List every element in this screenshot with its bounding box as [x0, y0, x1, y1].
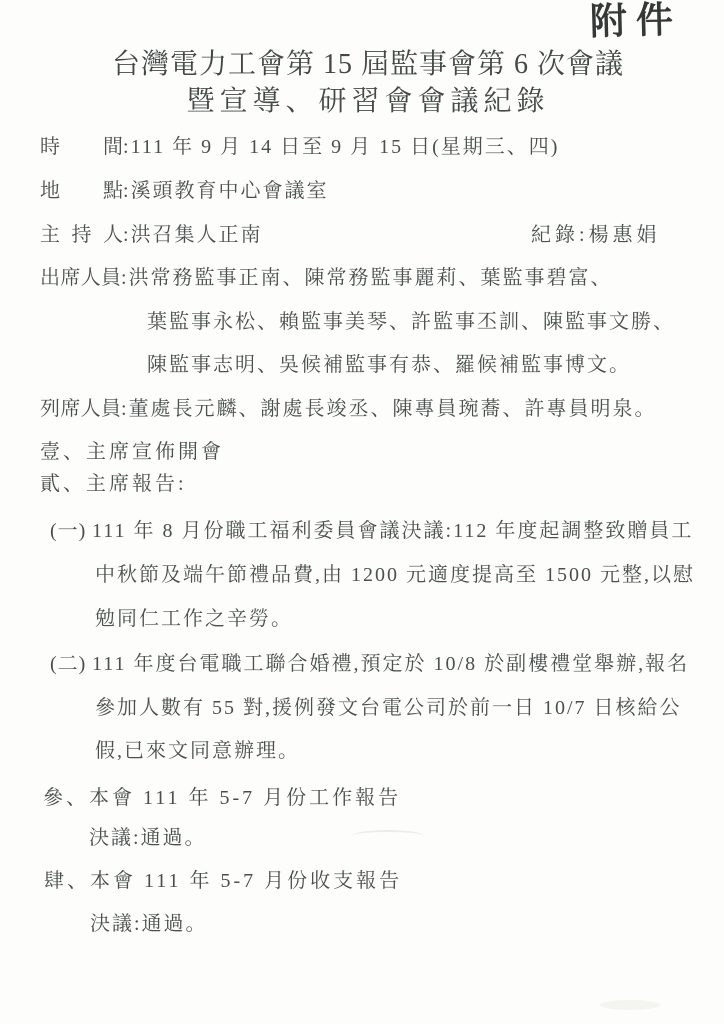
time-label: 時間	[40, 132, 123, 162]
recorder-value: 楊惠娟	[589, 224, 661, 246]
meta-place-row: 地點:溪頭教育中心會議室	[40, 176, 329, 206]
scan-smudge	[600, 1000, 660, 1010]
meta-recorder: 紀錄:楊惠娟	[531, 220, 661, 250]
report-item-2-marker: (二)	[50, 649, 86, 679]
chair-label: 主持人	[40, 220, 123, 250]
attendees-line-1: 洪常務監事正南、陳常務監事麗莉、葉監事碧富、	[129, 263, 613, 293]
attendees-label: 出席人員	[40, 263, 121, 293]
recorder-colon: :	[579, 224, 589, 246]
report-item-2-line-2: 參加人數有 55 對,援例發文台電公司於前一日 10/7 日核給公	[95, 693, 682, 723]
report-item-1-line-3: 勉同仁工作之辛勞。	[95, 604, 293, 634]
section-2-heading: 貳、主席報告:	[40, 469, 187, 499]
place-label: 地點	[40, 176, 123, 206]
attachment-annotation: 附件	[589, 0, 682, 45]
section-3-heading: 參、本會 111 年 5-7 月份工作報告	[43, 783, 401, 813]
attendees-colon: :	[121, 263, 129, 293]
resolution-1: 決議:通過。	[89, 823, 207, 853]
attendees-line-2: 葉監事永松、賴監事美琴、許監事丕訓、陳監事文勝、	[147, 307, 675, 337]
meta-chair-row: 主持人:洪召集人正南	[40, 220, 263, 250]
document-subtitle: 暨宣導、研習會會議紀錄	[6, 85, 724, 119]
time-colon: :	[123, 132, 131, 162]
observers-row: 列席人員:董處長元麟、謝處長竣丞、陳專員琬蕎、許專員明泉。	[40, 394, 657, 424]
scan-artifact	[352, 830, 424, 842]
section-4-heading: 肆、本會 111 年 5-7 月份收支報告	[44, 866, 402, 896]
report-item-1-line-2: 中秋節及端午節禮品費,由 1200 元適度提高至 1500 元整,以慰	[95, 560, 695, 590]
chair-colon: :	[123, 220, 131, 250]
observers-value: 董處長元麟、謝處長竣丞、陳專員琬蕎、許專員明泉。	[129, 394, 657, 424]
time-value: 111 年 9 月 14 日至 9 月 15 日(星期三、四)	[131, 132, 560, 162]
chair-value: 洪召集人正南	[131, 220, 263, 250]
report-item-1-marker: (一)	[50, 516, 86, 546]
place-colon: :	[123, 176, 131, 206]
section-1-heading: 壹、主席宣佈開會	[40, 437, 224, 467]
report-item-1-text: 111 年 8 月份職工福利委員會議決議:112 年度起調整致贈員工	[92, 520, 693, 542]
meta-time-row: 時間:111 年 9 月 14 日至 9 月 15 日(星期三、四)	[40, 132, 559, 162]
report-item-2-line-1: (二)111 年度台電職工聯合婚禮,預定於 10/8 於副樓禮堂舉辦,報名	[40, 649, 689, 679]
place-value: 溪頭教育中心會議室	[131, 176, 329, 206]
scanned-document-page: 附件 台灣電力工會第 15 屆監事會第 6 次會議 暨宣導、研習會會議紀錄 時間…	[0, 0, 724, 1024]
attendees-line-3: 陳監事志明、吳候補監事有恭、羅候補監事博文。	[147, 350, 631, 380]
report-item-2-line-3: 假,已來文同意辦理。	[95, 736, 300, 766]
report-item-2-text: 111 年度台電職工聯合婚禮,預定於 10/8 於副樓禮堂舉辦,報名	[92, 653, 689, 675]
report-item-1-line-1: (一)111 年 8 月份職工福利委員會議決議:112 年度起調整致贈員工	[40, 516, 693, 546]
resolution-2: 決議:通過。	[90, 909, 208, 939]
attendees-row: 出席人員:洪常務監事正南、陳常務監事麗莉、葉監事碧富、	[40, 263, 613, 293]
observers-label: 列席人員	[40, 394, 121, 424]
recorder-label: 紀錄	[531, 224, 579, 246]
observers-colon: :	[121, 394, 129, 424]
document-title: 台灣電力工會第 15 屆監事會第 6 次會議	[6, 48, 724, 82]
